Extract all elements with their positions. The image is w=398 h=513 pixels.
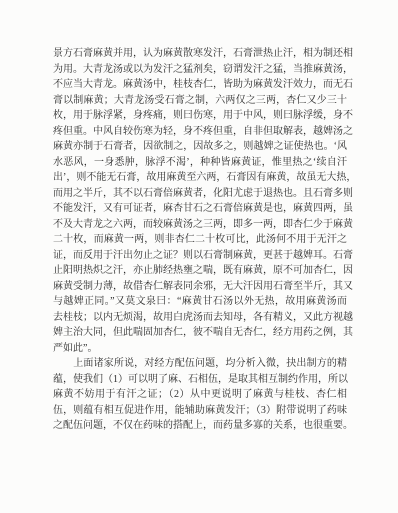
text-line: 去桂枝；以内无烦渴，故用白虎汤而去知母，各有精义，又此方视越 (53, 310, 347, 326)
text-line: 水恶风，一身悉肿，脉浮不渴’，种种皆麻黄证，惟里热之‘续自汗 (53, 155, 347, 171)
text-line: 止阳明热炽之汗，亦止肺经热壅之喘，既有麻黄，原不可加杏仁，因 (53, 263, 347, 279)
text-line: 膏以制麻黄；大青龙汤受石膏之制，六两仅之三两，杏仁又少三十 (53, 93, 347, 109)
text-line: 与越婢正同。”又莫文泉曰：“麻黄甘石汤以外无热，故用麻黄汤而 (53, 294, 347, 310)
text-line: 二十枚，而麻黄一两，则非杏仁二十枚可比，此汤何不用于无汗之 (53, 232, 347, 248)
text-line: 不应当大青龙。麻黄汤中，桂枝杏仁，皆助为麻黄发汗效力，而无石 (53, 77, 347, 93)
text-line: 之配伍问题，不仅在药味的搭配上，而药量多寡的关系，也很重要。 (53, 418, 347, 434)
text-line: 上面诸家所说，对经方配伍问题，均分析入微，抉出制方的精 (53, 356, 347, 372)
paragraph: 景方石膏麻黄并用，认为麻黄散寒发汗，石膏泄热止汗，相为制还相为用。大青龙汤或以为… (53, 46, 347, 356)
text-line: 麻黄受制力薄，故借杏仁解表同余邪，无大汗因用石膏至半斤，其又 (53, 279, 347, 295)
document-page: 景方石膏麻黄并用，认为麻黄散寒发汗，石膏泄热止汗，相为制还相为用。大青龙汤或以为… (0, 0, 398, 513)
text-line: 婢主治大同，但此喘固加杏仁，彼不喘自无杏仁，经方用药之例，其 (53, 325, 347, 341)
text-line: 景方石膏麻黄并用，认为麻黄散寒发汗，石膏泄热止汗，相为制还相 (53, 46, 347, 62)
text-line: 蕴，使我们（1）可以明了麻、石相伍，是取其相互制约作用，所以 (53, 372, 347, 388)
text-line: 麻黄亦制于石膏者，因欲制之，因故多之，则越婢之证使热也。‘风 (53, 139, 347, 155)
text-line: 不及大青龙之六两，而较麻黄汤之三两，即多一两，即杏仁少于麻黄 (53, 217, 347, 233)
text-line: 为用。大青龙汤或以为发汗之猛剂矣，窃谓发汗之猛，当推麻黄汤， (53, 62, 347, 78)
text-line: 疼但重。中风自较伤寒为轻，身不疼但重，自非但取解表，越婢汤之 (53, 124, 347, 140)
text-line: 麻黄不妨用于有汗之证；（2）从中更说明了麻黄与桂枝、杏仁相 (53, 387, 347, 403)
text-line: 伍，则蕴有相互促进作用，能辅助麻黄发汗；（3）附带说明了药味 (53, 403, 347, 419)
text-line: 枚，用于脉浮紧，身疼痛，则曰伤寒，用于中风，则曰脉浮缓，身不 (53, 108, 347, 124)
text-line: 出’，则不能无石膏，故用麻黄至六两，石膏因有麻黄，故虽无大热， (53, 170, 347, 186)
body-text: 景方石膏麻黄并用，认为麻黄散寒发汗，石膏泄热止汗，相为制还相为用。大青龙汤或以为… (53, 46, 347, 434)
text-line: 严如此”。 (53, 341, 347, 357)
paragraph: 上面诸家所说，对经方配伍问题，均分析入微，抉出制方的精蕴，使我们（1）可以明了麻… (53, 356, 347, 434)
text-line: 而用之半斤，其不以石膏倍麻黄者，化阳尤虑于退热也。且石膏多则 (53, 186, 347, 202)
text-line: 不能发汗，又有可证者，麻杏甘石之石膏倍麻黄是也，麻黄四两，虽 (53, 201, 347, 217)
text-line: 证，而反用于汗出勿止之证？则以石膏制麻黄，更甚于越婢耳。石膏 (53, 248, 347, 264)
